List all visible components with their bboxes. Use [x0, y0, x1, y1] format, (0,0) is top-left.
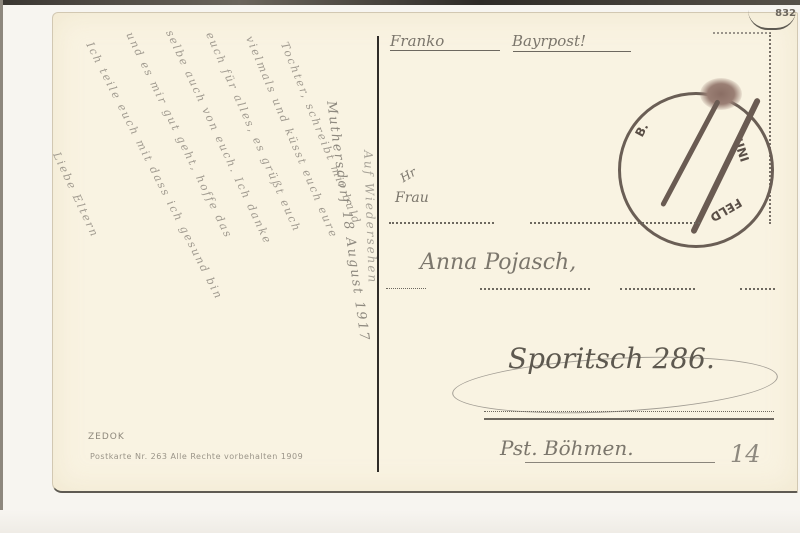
scan-top-edge	[0, 0, 800, 5]
address-line-2a	[386, 288, 426, 289]
imprint-text: Postkarte Nr. 263 Alle Rechte vorbehalte…	[90, 452, 303, 461]
address-line-3-solid	[484, 418, 774, 420]
publisher-logo: ZEDOK	[88, 432, 125, 442]
underline	[390, 50, 500, 51]
underline	[513, 51, 631, 52]
address-line-2d	[740, 288, 775, 290]
postmark-top-text: B.	[632, 121, 651, 140]
recipient-street: Sporitsch 286.	[508, 342, 715, 375]
address-prefix-frau: Frau	[395, 190, 429, 206]
address-line-1	[389, 222, 494, 224]
address-line-3	[484, 411, 774, 412]
recipient-name: Anna Pojasch,	[420, 250, 576, 275]
recipient-post: Pst. Böhmen.	[500, 436, 634, 460]
header-note-franko: Franko	[390, 32, 444, 50]
address-line-2c	[620, 288, 695, 290]
corner-mark: 14	[730, 440, 761, 468]
address-line-1b	[530, 222, 700, 224]
address-line-2b	[480, 288, 590, 290]
postmark-bottom-text: FELD	[708, 195, 744, 224]
center-divider	[377, 36, 379, 472]
scan-left-edge	[0, 0, 3, 533]
underline	[525, 462, 715, 463]
scan-bottom-margin	[0, 510, 800, 533]
ink-blot	[700, 78, 742, 110]
header-note-post: Bayrpost!	[512, 32, 586, 50]
